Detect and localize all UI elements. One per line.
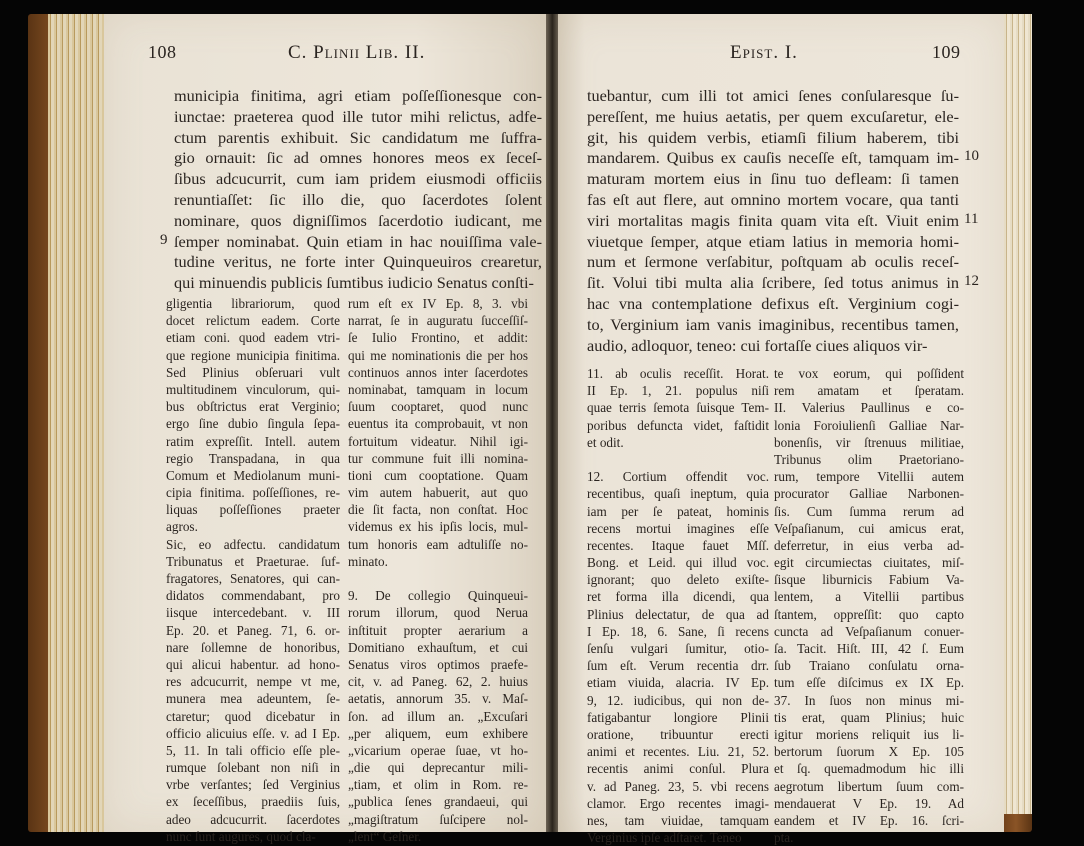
text-line: inſtituit propter aerarium a [348, 622, 528, 639]
text-line: maturam mortem eius in ſinu tuo defleam:… [587, 169, 959, 190]
text-line: fas eſt aut flere, aut omnino mortem voc… [587, 190, 959, 211]
text-line: tudine veritus, ne forte inter Quinqueui… [174, 252, 542, 273]
right-running-head: Epist. I. [730, 42, 798, 64]
right-notes-column-1: 11. ab oculis receſſit. Horat.II Ep. 1, … [587, 365, 769, 846]
text-line: officio alicuius eſſe. v. ad I Ep. [166, 725, 340, 742]
left-notes-column-1: gligentia librariorum, quoddocet relictu… [166, 295, 340, 845]
text-line: qui minuendis publicis ſumtibus iudicio … [174, 273, 542, 294]
text-line: aetatis, annorum 35. v. Maſ- [348, 690, 528, 707]
margin-section-number: 11 [964, 211, 978, 228]
page-edges-left [48, 14, 106, 832]
text-line: „die qui deprecantur mili- [348, 759, 528, 776]
page-edges-right [1004, 14, 1032, 814]
text-line: Domitiano exhauſtum, et cui [348, 639, 528, 656]
text-line: ergo ſine dubio ſingula ſepa- [166, 415, 340, 432]
text-line: fatigabantur longiore Plinii [587, 709, 769, 726]
text-line: „tiam, et olim in Rom. re- [348, 776, 528, 793]
left-notes-column-2: rum eſt ex IV Ep. 8, 3. vbinarrat, ſe in… [348, 295, 528, 845]
text-line: ctaretur; quod dicebatur in [166, 708, 340, 725]
text-line: pta. [774, 829, 964, 846]
left-main-text: municipia finitima, agri etiam poſſeſſio… [174, 86, 542, 294]
text-line: recens mortui imagines eſſe [587, 520, 769, 537]
text-line: liquas poſſeſſiones praeter [166, 501, 340, 518]
text-line: vrbe verſantes; ſed Verginius [166, 776, 340, 793]
text-line: ctum parentis exhibuit. Sic candidatum m… [174, 128, 542, 149]
text-line: euentus ita comprobauit, vt non [348, 415, 528, 432]
text-line: nominare, quos digniſſimos ſacerdotio iu… [174, 211, 542, 232]
text-line: 11. ab oculis receſſit. Horat. [587, 365, 769, 382]
text-line: tur commune fuit illi nomina- [348, 450, 528, 467]
text-line: Sed Plinius obſeruari vult [166, 364, 340, 381]
text-line: bus obſtrictus erat Verginio; [166, 398, 340, 415]
text-line: v. ad Paneg. 23, 5. vbi recens [587, 778, 769, 795]
text-line: tum honoris eam adtuliſſe no- [348, 536, 528, 553]
text-line: procurator Galliae Narbonen- [774, 485, 964, 502]
text-line: 37. In ſuos non minus mi- [774, 692, 964, 709]
text-line: fortuitum videatur. Nihil igi- [348, 433, 528, 450]
text-line: bertorum ſuorum X Ep. 105 [774, 743, 964, 760]
text-line: II Ep. 1, 21. populus niſi [587, 382, 769, 399]
text-line: gligentia librariorum, quod [166, 295, 340, 312]
text-line: ſenſu vulgari ſumitur, otio- [587, 640, 769, 657]
text-line: cit, v. ad Paneg. 62, 2. huius [348, 673, 528, 690]
text-line: poribus defuncta videt, faſtidit [587, 417, 769, 434]
text-line: etiam coni. quod eadem vtri- [166, 329, 340, 346]
text-line: Veſpaſianum, cui amicus erat, [774, 520, 964, 537]
text-line: tuebantur, cum illi tot amici ſenes conſ… [587, 86, 959, 107]
text-line: viuetque ſemper, atque etiam latius in m… [587, 232, 959, 253]
text-line: ignorant; quo deleto exiſte- [587, 571, 769, 588]
text-line: didatos commendabant, pro [166, 587, 340, 604]
text-line: 9. De collegio Quinqueui- [348, 587, 528, 604]
text-line: viri mortalitas magis finita quam vita e… [587, 211, 959, 232]
text-line: rumque ſolebant non niſi in [166, 759, 340, 776]
right-page-number: 109 [932, 42, 961, 63]
right-main-text: tuebantur, cum illi tot amici ſenes conſ… [587, 86, 959, 356]
left-page-number: 108 [148, 42, 177, 63]
text-line: regio Transpadana, in qua [166, 450, 340, 467]
text-line: quae terris ſemota ſuisque Tem- [587, 399, 769, 416]
text-line: nunc ſunt augures, quod cla- [166, 828, 340, 845]
left-running-head: C. Plinii Lib. II. [288, 42, 425, 64]
margin-section-number: 10 [964, 148, 979, 165]
text-line: aegrotum libertum ſuum com- [774, 778, 964, 795]
text-line: 9, 12. iudicibus, qui non de- [587, 692, 769, 709]
text-line: lonia Foroiulienſi Galliae Nar- [774, 417, 964, 434]
text-line: Verginius ipſe adſtaret. Teneo [587, 829, 769, 846]
text-line: recentis animi conſul. Plura [587, 760, 769, 777]
text-line: deferretur, in eius verba ad- [774, 537, 964, 554]
text-line: docet relictum eadem. Corte [166, 312, 340, 329]
text-line: Tribunus olim Praetoriano- [774, 451, 964, 468]
text-line: ſum eſt. Verum recentia drr. [587, 657, 769, 674]
text-line: munera mea adeuntem, ſe- [166, 690, 340, 707]
text-line: fragatores, Senatores, qui can- [166, 570, 340, 587]
text-line: iunctae: praeterea quod ille tutor mihi … [174, 107, 542, 128]
text-line: ſit. Volui tibi multa alia ſcribere, ſed… [587, 273, 959, 294]
text-line [348, 570, 528, 587]
text-line: res adcucurrit, nempe vt me, [166, 673, 340, 690]
text-line: continuos annos inter ſacerdotes [348, 364, 528, 381]
text-line: iam per ſe pateat, hominis [587, 503, 769, 520]
text-line: clamor. Ergo recentes imagi- [587, 795, 769, 812]
text-line: Senatus viros optimos praefe- [348, 656, 528, 673]
text-line: ratim expreſſit. Intell. autem [166, 433, 340, 450]
text-line: rem amatam et ſperatam. [774, 382, 964, 399]
text-line: et ſq. quemadmodum hic illi [774, 760, 964, 777]
text-line: que regione municipia finitima. [166, 347, 340, 364]
text-line: ſa. Tacit. Hiſt. III, 42 ſ. Eum [774, 640, 964, 657]
text-line: 5, 11. In tali officio eſſe ple- [166, 742, 340, 759]
text-line: „magiſtratum ſuſcipere nol- [348, 811, 528, 828]
text-line: bonenſis, vir ſtrenuus militiae, [774, 434, 964, 451]
text-line: nominabat, tamquam in locum [348, 381, 528, 398]
right-notes-column-2: te vox eorum, qui poſſidentrem amatam et… [774, 365, 964, 846]
text-line: rum eſt ex IV Ep. 8, 3. vbi [348, 295, 528, 312]
text-line: ſe Iulio Frontino, et addit: [348, 329, 528, 346]
text-line: 12. Cortium offendit voc. [587, 468, 769, 485]
text-line: agros. [166, 518, 340, 535]
text-line: renuntiaſſet: ſic illo die, quo ſacerdot… [174, 190, 542, 211]
text-line: cuncta ad Veſpaſianum conuer- [774, 623, 964, 640]
margin-section-number: 12 [964, 273, 979, 290]
text-line: pereſſent, me huius aetatis, per quem ex… [587, 107, 959, 128]
text-line: oratione, tribuuntur erecti [587, 726, 769, 743]
text-line: mandarem. Quibus ex cauſis neceſſe eſt, … [587, 148, 959, 169]
text-line: Plinius delectatur, de qua ad [587, 606, 769, 623]
text-line: „per aliquem, eum exhibere [348, 725, 528, 742]
text-line: ſisque liburnicis Fabium Va- [774, 571, 964, 588]
text-line: ſis. Cum ſumma rerum ad [774, 503, 964, 520]
text-line: recentibus, quaſi ineptum, quia [587, 485, 769, 502]
text-line [587, 451, 769, 468]
text-line: rorum illorum, quod Nerua [348, 604, 528, 621]
text-line: ſon. ad illum an. „Excuſari [348, 708, 528, 725]
text-line: multitudinem vinculorum, qui- [166, 381, 340, 398]
text-line: etiam viuida, alacria. IV Ep. [587, 674, 769, 691]
text-line: num et ſermone verſabitur, poſtquam ab o… [587, 252, 959, 273]
text-line: eandem et IV Ep. 16. ſcri- [774, 812, 964, 829]
text-line: mendauerat V Ep. 19. Ad [774, 795, 964, 812]
text-line: ſub Traiano conſulatu orna- [774, 657, 964, 674]
text-line: lentem, a Vitellii partibus [774, 588, 964, 605]
text-line: nare ſollemne de honoribus, [166, 639, 340, 656]
text-line: git, his quidem verbis, etiamſi filium h… [587, 128, 959, 149]
text-line: ret forma illa dicendi, qua [587, 588, 769, 605]
text-line: tum eſſe diſcimus ex IX Ep. [774, 674, 964, 691]
text-line: municipia finitima, agri etiam poſſeſſio… [174, 86, 542, 107]
text-line: recentes. Itaque fauet Mſſ. [587, 537, 769, 554]
text-line: ex ſeceſſibus, praediis ſuis, [166, 793, 340, 810]
text-line: audio, adloquor, teneo: cui fortaſſe ciu… [587, 336, 959, 357]
text-line: „lent“ Geſner. [348, 828, 528, 845]
text-line: tioni cum cooptatione. Quam [348, 467, 528, 484]
text-line: ſtantem, oppreſſit: quo capto [774, 606, 964, 623]
text-line: II. Valerius Paullinus e co- [774, 399, 964, 416]
text-line: tis erat, quam Plinius; huic [774, 709, 964, 726]
text-line: qui me nominationis die per hos [348, 347, 528, 364]
text-line: minato. [348, 553, 528, 570]
text-line: gio ornauit: ſic ad omnes honores meos e… [174, 148, 542, 169]
text-line: hac vna contemplatione defixus eſt. Verg… [587, 294, 959, 315]
text-line: die ſit facta, non conſtat. Hoc [348, 501, 528, 518]
text-line: Tribunatus et Praeturae. ſuf- [166, 553, 340, 570]
text-line: Bong. et Leid. qui illud voc. [587, 554, 769, 571]
text-line: „publica ſenes grandaeui, qui [348, 793, 528, 810]
text-line: Ep. 20. et Paneg. 71, 6. or- [166, 622, 340, 639]
text-line: et odit. [587, 434, 769, 451]
text-line: Sic, eo adfectu. candidatum [166, 536, 340, 553]
text-line: vim autem habuerit, aut quo [348, 484, 528, 501]
text-line: iisque intercedebant. v. III [166, 604, 340, 621]
text-line: egit circumiectas ciuitates, miſ- [774, 554, 964, 571]
text-line: to, Verginium iam vanis imaginibus, rece… [587, 315, 959, 336]
text-line: animi et recentes. Liu. 21, 52. [587, 743, 769, 760]
text-line: narrat, ſe in auguratu ſucceſſiſ- [348, 312, 528, 329]
text-line: igitur moriens reliquit ius li- [774, 726, 964, 743]
text-line: nes, tam viuidae, tamquam [587, 812, 769, 829]
text-line: I Ep. 18, 6. Sane, ſi recens [587, 623, 769, 640]
text-line: ſemper nominabat. Quin etiam in hac noui… [174, 232, 542, 253]
text-line: te vox eorum, qui poſſident [774, 365, 964, 382]
text-line: rum, tempore Vitellii autem [774, 468, 964, 485]
text-line: cipia finitima. poſſeſſiones, re- [166, 484, 340, 501]
text-line: Comum et Mediolanum muni- [166, 467, 340, 484]
text-line: ſibus adcucurrit, cum iam pridem eiusmod… [174, 169, 542, 190]
text-line: qui alicui habentur. ad hono- [166, 656, 340, 673]
text-line: videmus ex his ipſis locis, mul- [348, 518, 528, 535]
text-line: adeo adcucurrit. ſacerdotes [166, 811, 340, 828]
text-line: „vicarium operae ſuae, vt ho- [348, 742, 528, 759]
left-margin-number: 9 [160, 232, 168, 249]
text-line: ſuum cooptaret, quod nunc [348, 398, 528, 415]
